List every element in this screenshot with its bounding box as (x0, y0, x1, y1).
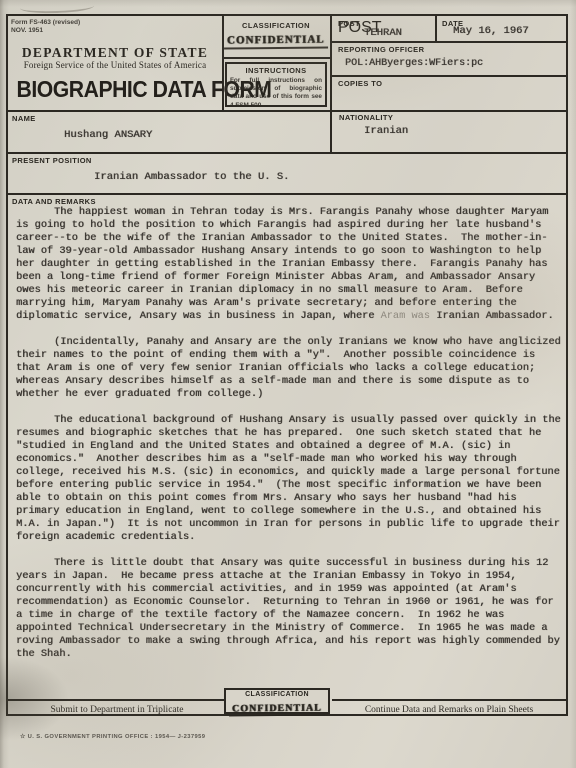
remarks-text: The happiest woman in Tehran today is Mr… (16, 206, 564, 674)
date-value: May 16, 1967 (453, 25, 529, 37)
typed-text: Iranian Ambassador. (430, 310, 554, 322)
rule-post-date-divider (435, 16, 437, 41)
remarks-paragraph: (Incidentally, Panahy and Ansary are the… (16, 336, 564, 401)
post-value: TEHRAN (364, 27, 402, 39)
rule-footer-right (332, 699, 566, 701)
footer-left-note: Submit to Department in Triplicate (8, 705, 226, 715)
form-header-left: Form FS-463 (revised) NOV. 1951 (11, 19, 219, 35)
typed-text: The educational background of Hushang An… (16, 414, 567, 543)
pencil-scribble (20, 0, 94, 14)
form-title: BIOGRAPHIC DATA FORM (17, 76, 214, 103)
faint-typed-text: Aram was (381, 310, 430, 322)
rule-footer-left (8, 699, 226, 701)
biographic-data-form: Form FS-463 (revised) NOV. 1951 DEPARTME… (6, 14, 568, 716)
typed-text: (Incidentally, Panahy and Ansary are the… (16, 336, 567, 400)
data-and-remarks-label: DATA AND REMARKS (12, 197, 96, 206)
footer-confidential-stamp: CONFIDENTIAL (229, 702, 325, 716)
rule-under-reporting-officer (330, 75, 566, 77)
post-label: POST (338, 19, 360, 28)
instructions-cell: INSTRUCTIONS For full instructions on su… (222, 59, 330, 110)
department-title: DEPARTMENT OF STATE (8, 45, 222, 61)
classification-label: CLASSIFICATION (222, 21, 330, 30)
typed-text: The happiest woman in Tehran today is Mr… (16, 206, 555, 322)
service-subtitle: Foreign Service of the United States of … (8, 60, 222, 70)
nationality-value: Iranian (364, 125, 408, 137)
present-position-label: PRESENT POSITION (12, 156, 92, 165)
instructions-label: INSTRUCTIONS (230, 66, 322, 75)
typed-text: There is little doubt that Ansary was qu… (16, 557, 566, 660)
gpo-print-line: ☆ U. S. GOVERNMENT PRINTING OFFICE : 195… (20, 734, 205, 740)
form-revision-date: NOV. 1951 (11, 27, 219, 35)
rule-under-position-row (8, 193, 566, 195)
form-number: Form FS-463 (revised) (11, 19, 219, 27)
reporting-officer-label: REPORTING OFFICER (338, 45, 424, 54)
present-position-value: Iranian Ambassador to the U. S. (94, 171, 289, 183)
rule-under-post (330, 41, 566, 43)
rule-under-name-row (8, 152, 566, 154)
confidential-stamp: CONFIDENTIAL (224, 33, 328, 49)
copies-to-label: COPIES TO (338, 79, 382, 88)
footer-right-note: Continue Data and Remarks on Plain Sheet… (332, 705, 566, 715)
reporting-officer-value: POL:AHByerges:WFiers:pc (345, 58, 483, 69)
footer-classification-label: CLASSIFICATION (226, 691, 328, 698)
classification-cell: CLASSIFICATION CONFIDENTIAL (222, 16, 330, 57)
remarks-paragraph: The happiest woman in Tehran today is Mr… (16, 206, 564, 323)
instructions-text: For full instructions on submission of b… (230, 77, 322, 110)
instructions-box: INSTRUCTIONS For full instructions on su… (225, 62, 327, 107)
scanned-document-page: Form FS-463 (revised) NOV. 1951 DEPARTME… (0, 0, 576, 768)
remarks-paragraph: There is little doubt that Ansary was qu… (16, 557, 564, 661)
nationality-label: NATIONALITY (339, 113, 393, 122)
name-value: Hushang ANSARY (64, 129, 152, 141)
footer-classification-box: CLASSIFICATION CONFIDENTIAL (224, 688, 330, 714)
rule-header-col2 (330, 16, 332, 152)
name-label: NAME (12, 114, 36, 123)
remarks-paragraph: The educational background of Hushang An… (16, 414, 564, 544)
rule-under-header (8, 110, 566, 112)
